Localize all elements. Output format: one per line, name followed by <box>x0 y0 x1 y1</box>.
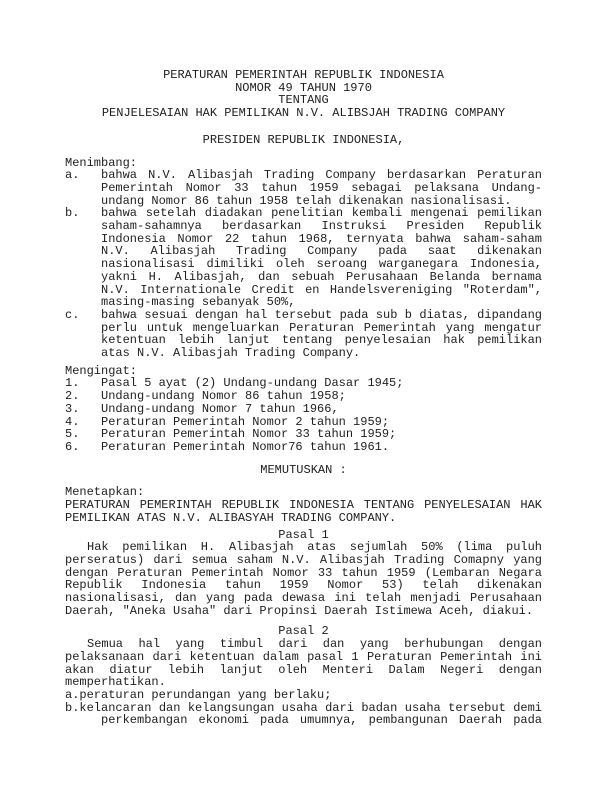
text-line: atas N.V. Alibasjah Trading Company. <box>101 347 542 360</box>
list-marker: a. <box>65 169 79 182</box>
pasal-2-sub-item-b-line-2: perkembangan ekonomi pada umumnya, pemba… <box>65 714 542 727</box>
text-line: Pemerintah Nomor 33 tahun 1959 sebagai p… <box>101 182 542 195</box>
menetapkan-section: Menetapkan: PERATURAN PEMERINTAH REPUBLI… <box>65 486 542 524</box>
list-marker: 6. <box>65 441 79 454</box>
list-marker: b. <box>65 207 79 220</box>
text-line: yakni H. Alibasjah, dan sebuah Perusahaa… <box>101 271 542 284</box>
menetapkan-line-2: PEMILIKAN ATAS N.V. ALIBASYAH TRADING CO… <box>65 512 542 525</box>
text-line: Semua hal yang timbul dari dan yang berh… <box>65 638 542 651</box>
text-line: bahwa sesuai dengan hal tersebut pada su… <box>101 309 542 322</box>
mengingat-item-6: 6. Peraturan Pemerintah Nomor76 tahun 19… <box>65 441 542 454</box>
text-line: nasionalisasi dimiliki oleh seroang warg… <box>101 258 542 271</box>
menimbang-item-b-body: bahwa setelah diadakan penelitian kembal… <box>101 207 542 309</box>
menimbang-item-b: b. bahwa setelah diadakan penelitian kem… <box>65 207 542 309</box>
text-line: Hak pemilikan H. Alibasjah atas sejumlah… <box>65 541 542 554</box>
mengingat-item-3-text: Undang-undang Nomor 7 tahun 1966, <box>101 403 542 416</box>
menimbang-item-a-body: bahwa N.V. Alibasjah Trading Company ber… <box>101 169 542 207</box>
memutuskan-heading: MEMUTUSKAN : <box>65 464 542 477</box>
list-marker: 2. <box>65 390 79 403</box>
document-content: PERATURAN PEMERINTAH REPUBLIK INDONESIA … <box>65 69 542 727</box>
pasal-2-section: Pasal 2 Semua hal yang timbul dari dan y… <box>65 625 542 727</box>
mengingat-item-2: 2. Undang-undang Nomor 86 tahun 1958; <box>65 390 542 403</box>
menimbang-item-c-body: bahwa sesuai dengan hal tersebut pada su… <box>101 309 542 360</box>
document-header: PERATURAN PEMERINTAH REPUBLIK INDONESIA … <box>65 69 542 120</box>
doc-title-line-4: PENJELESAIAN HAK PEMILIKAN N.V. ALIBSJAH… <box>65 107 542 120</box>
pasal-1-section: Pasal 1 Hak pemilikan H. Alibasjah atas … <box>65 529 542 618</box>
mengingat-section: Mengingat: 1. Pasal 5 ayat (2) Undang-un… <box>65 365 542 454</box>
menimbang-item-a: a. bahwa N.V. Alibasjah Trading Company … <box>65 169 542 207</box>
menimbang-section: Menimbang: a. bahwa N.V. Alibasjah Tradi… <box>65 157 542 360</box>
text-line: pelaksanaan dari ketentuan dalam pasal 1… <box>65 651 542 664</box>
text-line: Daerah, "Aneka Usaha" dari Propinsi Daer… <box>65 605 542 618</box>
mengingat-item-2-text: Undang-undang Nomor 86 tahun 1958; <box>101 390 542 403</box>
issuer-line: PRESIDEN REPUBLIK INDONESIA, <box>65 134 542 147</box>
text-line: saham-sahamnya berdasarkan Instruksi Pre… <box>101 220 542 233</box>
menimbang-item-c: c. bahwa sesuai dengan hal tersebut pada… <box>65 309 542 360</box>
menetapkan-line-1: PERATURAN PEMERINTAH REPUBLIK INDONESIA … <box>65 499 542 512</box>
mengingat-item-3: 3. Undang-undang Nomor 7 tahun 1966, <box>65 403 542 416</box>
list-marker: c. <box>65 309 79 322</box>
pasal-2-sub-item-a: a.peraturan perundangan yang berlaku; <box>65 689 542 702</box>
pasal-2-body: Semua hal yang timbul dari dan yang berh… <box>65 638 542 689</box>
regulation-page: PERATURAN PEMERINTAH REPUBLIK INDONESIA … <box>0 0 612 792</box>
text-line: perseratus) dari semua saham N.V. Alibas… <box>65 554 542 567</box>
mengingat-item-6-text: Peraturan Pemerintah Nomor76 tahun 1961. <box>101 441 542 454</box>
doc-title-line-1: PERATURAN PEMERINTAH REPUBLIK INDONESIA <box>65 69 542 82</box>
text-line: nasionalisasi, dan yang pada dewasa ini … <box>65 592 542 605</box>
pasal-1-body: Hak pemilikan H. Alibasjah atas sejumlah… <box>65 541 542 617</box>
list-marker: 3. <box>65 403 79 416</box>
